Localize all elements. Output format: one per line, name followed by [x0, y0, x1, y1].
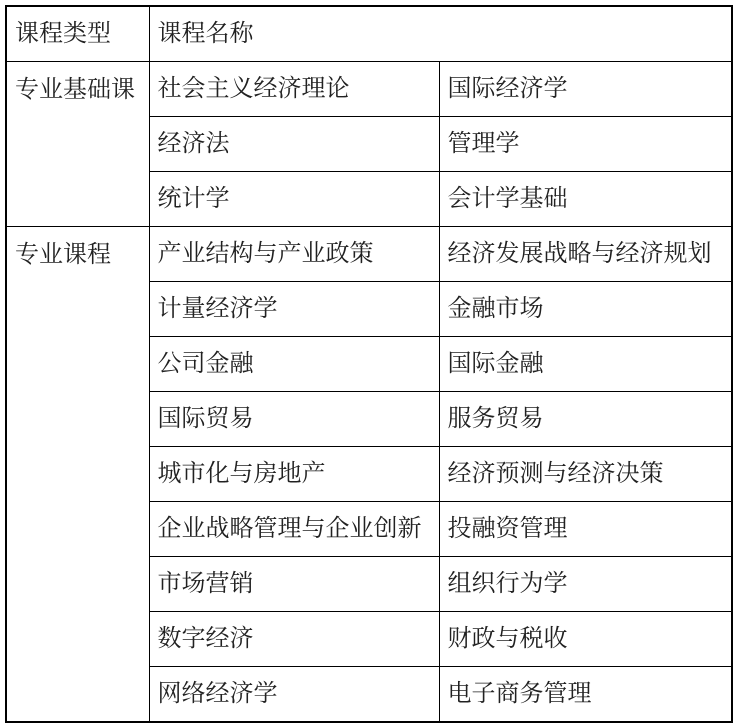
course-table: 课程类型 课程名称 专业基础课社会主义经济理论国际经济学经济法管理学统计学会计学…	[5, 5, 733, 723]
table-row: 专业课程产业结构与产业政策经济发展战略与经济规划	[6, 227, 732, 282]
course-name-cell: 市场营销	[149, 557, 439, 612]
course-name-cell: 组织行为学	[439, 557, 732, 612]
course-name-cell: 国际贸易	[149, 392, 439, 447]
course-name-cell: 企业战略管理与企业创新	[149, 502, 439, 557]
course-name-cell: 社会主义经济理论	[149, 62, 439, 117]
course-name-cell: 电子商务管理	[439, 667, 732, 723]
course-name-cell: 国际金融	[439, 337, 732, 392]
course-name-cell: 数字经济	[149, 612, 439, 667]
header-course-name: 课程名称	[149, 6, 732, 62]
course-name-cell: 计量经济学	[149, 282, 439, 337]
page-root: 课程类型 课程名称 专业基础课社会主义经济理论国际经济学经济法管理学统计学会计学…	[0, 0, 736, 727]
course-name-cell: 城市化与房地产	[149, 447, 439, 502]
header-course-type: 课程类型	[6, 6, 149, 62]
course-name-cell: 国际经济学	[439, 62, 732, 117]
course-name-cell: 服务贸易	[439, 392, 732, 447]
course-name-cell: 产业结构与产业政策	[149, 227, 439, 282]
course-name-cell: 统计学	[149, 172, 439, 227]
course-name-cell: 投融资管理	[439, 502, 732, 557]
course-name-cell: 网络经济学	[149, 667, 439, 723]
course-name-cell: 财政与税收	[439, 612, 732, 667]
table-header-row: 课程类型 课程名称	[6, 6, 732, 62]
table-row: 专业基础课社会主义经济理论国际经济学	[6, 62, 732, 117]
course-name-cell: 会计学基础	[439, 172, 732, 227]
course-type-cell: 专业课程	[6, 227, 149, 723]
course-name-cell: 金融市场	[439, 282, 732, 337]
course-type-cell: 专业基础课	[6, 62, 149, 227]
course-name-cell: 经济预测与经济决策	[439, 447, 732, 502]
course-name-cell: 经济法	[149, 117, 439, 172]
course-name-cell: 经济发展战略与经济规划	[439, 227, 732, 282]
course-name-cell: 公司金融	[149, 337, 439, 392]
course-name-cell: 管理学	[439, 117, 732, 172]
